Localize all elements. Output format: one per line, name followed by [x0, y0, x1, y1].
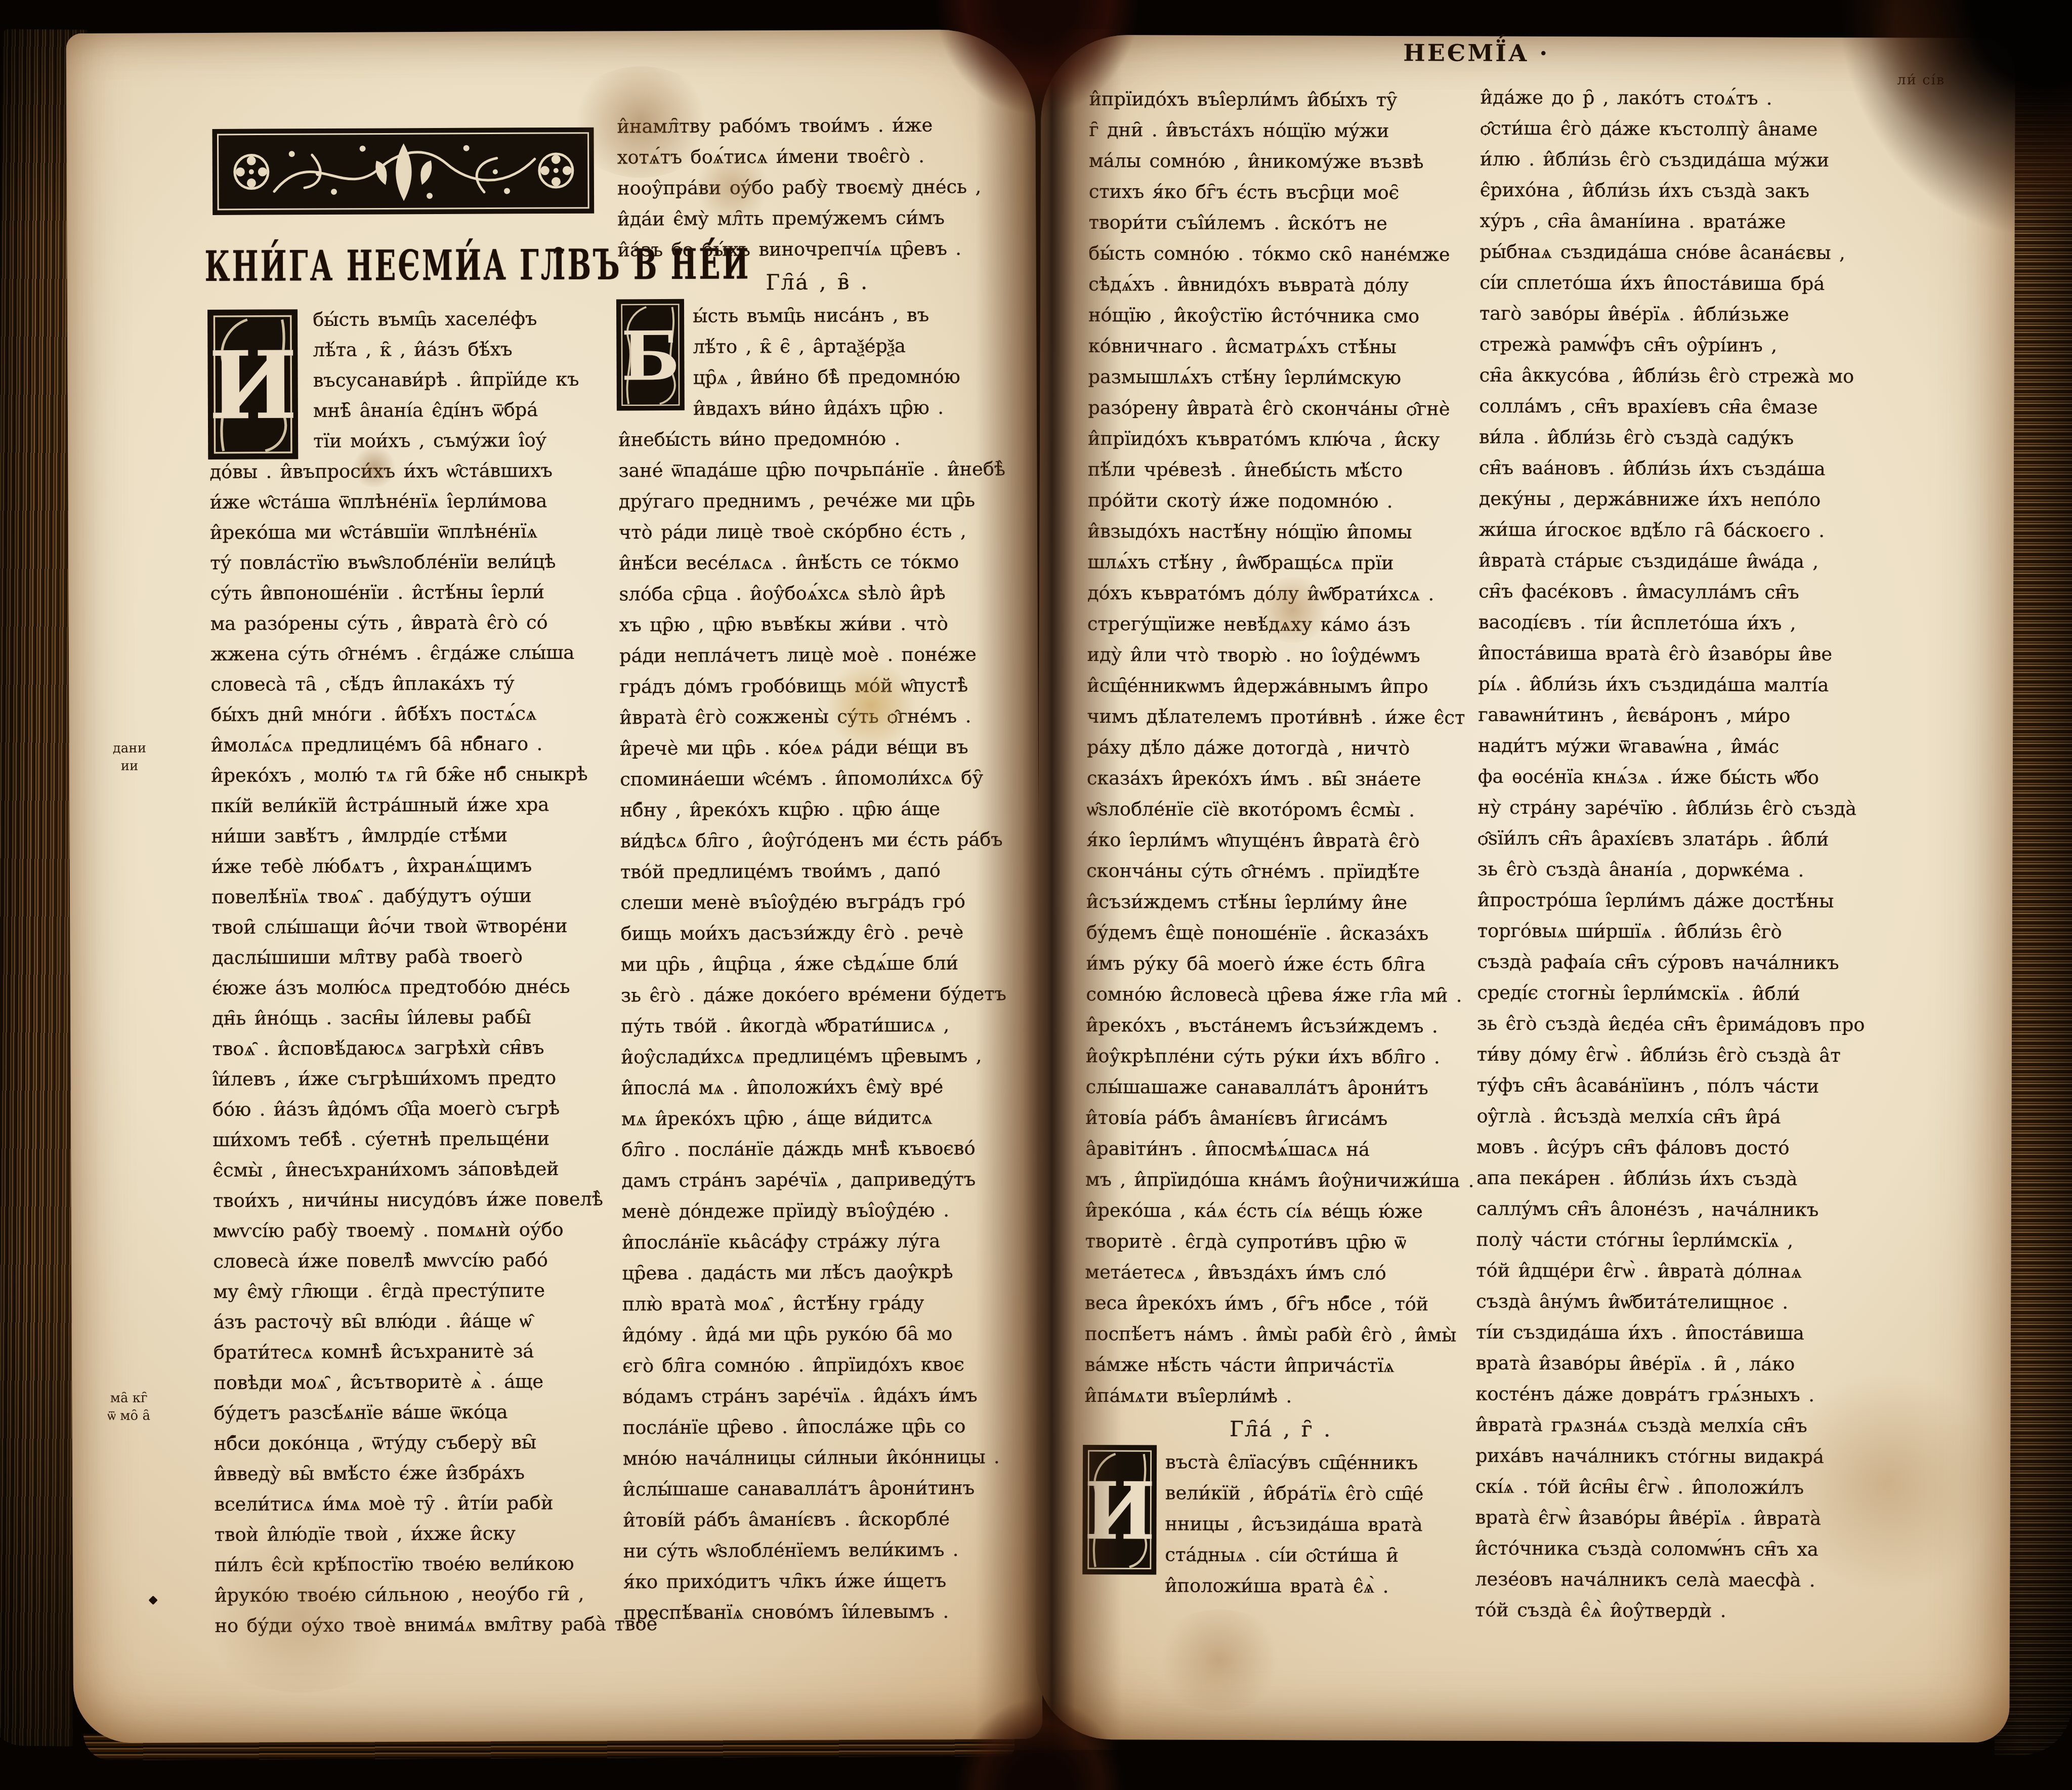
text-line: твоѧ̑ . и̂сповѣ́даюсѧ загрѣхѝ сн̑въ — [212, 1032, 613, 1064]
text-line: чимъ дѣ́лателемъ проти́внѣ . и́же є̂ст — [1087, 701, 1479, 733]
text-line: гра́дъ до́мъ гробо́вищь мо́й ѡ̂пустѣ̀ — [619, 670, 1018, 702]
text-line: бы́сть сомно́ю . то́кмо ско̑ нане́мже — [1088, 238, 1481, 270]
text-line: врата̀ є̂гѡ̀ и̂заво́ры и̂ве́рїѧ . и̂врат… — [1475, 1502, 1875, 1534]
text-line: плю̀ врата̀ моѧ̑ , и̂стѣ́ну гра́ду — [622, 1287, 1021, 1319]
text-line: ви́ла . и̂бли́зь є̂го̀ създа̀ саду́къ — [1479, 422, 1879, 454]
text-line: и̂прїидо́хъ къврато́мъ клю́ча , и̂ску — [1088, 423, 1480, 455]
text-line: ну̀ стра́ну заре́чїю . и̂бли́зь є̂го̀ съ… — [1477, 792, 1877, 824]
chapter-heading-2: Гл̑а́ , в̑ . — [618, 264, 1017, 301]
text-line: єго̀ бл̑га сомно́ю . и̂прїидо́хъ квоє — [622, 1349, 1021, 1381]
drop-cap-block-2: Б — [618, 301, 683, 409]
text-line: веса и̂реко́хъ и́мъ , бг̑ъ нб̑се , то́й — [1085, 1287, 1477, 1320]
text-line: създа̀ рафаі́а сн̑ъ су́ровъ нача́лникъ — [1477, 946, 1877, 979]
ink-speck — [148, 1596, 157, 1605]
text-line: ту́ повла́стїю въѡ̂ѕлобле́нїи вели́цѣ — [210, 547, 611, 578]
text-line: і̂и́левъ , и́же съгрѣши́хомъ предто — [213, 1062, 613, 1094]
text-line: мно́ю нача́лницы си́лныи и̂ко́нницы . — [623, 1441, 1022, 1474]
text-line: г̑ дни̑ . и̂въста́хъ но́щїю му́жи — [1089, 114, 1481, 147]
text-line: бл̑го . посла́нїе да́ждь мнѣ̀ къвоєво́ — [621, 1133, 1020, 1165]
text-line: слеши менѐ въі̂оу̂де́ю въгра́дъ гро́ — [620, 886, 1019, 918]
left-column-1: И бы́сть въмц̑ь хаселе́фълѣ́та , к̑ , и̂… — [209, 304, 616, 1641]
text-line: преспѣ́ванїѧ сново́мъ і̂и́левымъ . — [623, 1596, 1022, 1628]
text-line: и̂слы́шаше санавалла́тъ а̂рони́тинъ — [623, 1472, 1022, 1505]
text-line: и́мъ ру́ку ба̑ моего̀ и́же є́сть бл̑га — [1086, 948, 1478, 980]
text-line: до́хъ къврато́мъ до́лу и̂ѡ̂брати́хсѧ . — [1087, 577, 1479, 610]
text-line: среді́є стогны̀ і̂ерли́мскїѧ . и̂бли́ — [1477, 977, 1877, 1010]
left-column-2-intro: и̂намл̑тву рабо́мъ твои́мъ . и́жехотѧ́тъ… — [617, 109, 1016, 265]
left-column-2-cap-lines: ы́сть въмц̑ь ниса́нъ , вълѣ́то , к̑ є̑ ,… — [693, 299, 1017, 424]
text-line: врата̀ и̂заво́ры и̂ве́рїѧ . и̑ , ла́ко — [1476, 1348, 1876, 1380]
text-line: и̂вдахъ ви́но и̂да́хъ цр̑ю . — [693, 392, 1017, 424]
headpiece-ornament — [210, 123, 597, 219]
text-line: и̂да́и є̂му̀ мл̑ть прему́жемъ си́мъ — [617, 202, 1016, 234]
text-line: ти́ву до́му є̂гѡ̀ . и̂бли́зь є̂го̀ създа… — [1477, 1039, 1877, 1071]
text-line: посла́нїе цр̑ево . и̂посла́же цр̑ь со — [623, 1410, 1022, 1443]
text-line: даслы́шиши мл̑тву раба̀ твоего̀ — [212, 941, 612, 973]
text-line: дру́гаго преднимъ , рече́же ми цр̑ь — [619, 484, 1018, 517]
text-line: ва́мже нѣ́сть ча́сти и̂прича́стїѧ — [1085, 1349, 1477, 1382]
drop-cap-block-1: И — [209, 311, 297, 458]
text-line: сн̑а а̂ккусо́ва , и̂бли́зь є̂го̀ стрежа̀… — [1479, 360, 1879, 392]
text-line: деку́ны , держа́вниже и́хъ непо́ло — [1479, 483, 1879, 516]
text-line: ту́фъ сн̑ъ а̂сава́нїинъ , по́лъ ча́сти — [1477, 1070, 1877, 1102]
text-line: что̀ ра́ди лицѐ твоѐ ско́рбно є́сть , — [619, 515, 1018, 548]
text-line: скі́ѧ . то́й и̂сн̑ы є̂гѡ̀ . и̂положи́лъ — [1475, 1471, 1875, 1504]
text-line: я́ко прихо́дитъ чл̑къ и́же и́щетъ — [623, 1565, 1022, 1597]
text-line: таго̀ заво́ры и̂ве́рїѧ . и̂бли́зьже — [1479, 298, 1879, 330]
text-line: ми цр̑ь , и̂цр̑ца , я́же сѣдѧ́ше бли́ — [621, 947, 1020, 980]
text-line: му є̂му̀ гл̑ющи . є̂гда̀ престу́пите — [213, 1275, 614, 1307]
text-line: творитѐ . є̂гда̀ супроти́въ цр̑ю ѿ — [1085, 1226, 1477, 1258]
text-line: ті́и създида́ша и́хъ . и̂поста́виша — [1476, 1317, 1876, 1349]
text-line: разо́рену и̂врата̀ є̂го̀ сконча́ны ѻ̂гнѐ — [1088, 392, 1480, 425]
text-line: словеса̀ та̑ , сѣ́дъ и̂плака́хъ ту́ — [210, 668, 611, 700]
text-line: гаваѡни́тинъ , и̂єва́ронъ , ми́ро — [1478, 699, 1878, 732]
right-column-2-lines: и̂да́же до р̑ , лако́тъ стоѧ́тъ .ѻ̂сти́ш… — [1475, 82, 1880, 1627]
text-line: стрежа̀ рамѡ́фъ сн̑ъ оу̂рі́инъ , — [1479, 329, 1879, 361]
text-line: и̂небы́сть ви́но предомно́ю . — [618, 423, 1017, 455]
text-line: и̂сто́чника създа̀ соломѡ́нъ сн̑ъ ха — [1475, 1533, 1875, 1565]
right-column-1-lines: и̂прїидо́хъ въі̂ерли́мъ и̂бы́хъ ту̑г̑ дн… — [1084, 84, 1481, 1412]
text-line: но́щїю , и̂коу̂стїю и̂сто́чника смо — [1088, 300, 1481, 332]
right-column-2: и̂да́же до р̑ , лако́тъ стоѧ́тъ .ѻ̂сти́ш… — [1475, 82, 1880, 1627]
text-line: ра́ди непла́четъ лицѐ моѐ . поне́же — [619, 639, 1018, 671]
margin-note-1: даниии — [113, 740, 146, 775]
text-line: ра́ху дѣ́ло да́же дотогда̀ , ничто̀ — [1087, 732, 1479, 764]
text-line: мъ , и̂прїидо́ша кна́мъ и̂оу̂ничижи́ша . — [1085, 1164, 1477, 1196]
text-line: цр̑ева . дада́сть ми лѣ́съ даоу̂крѣ — [622, 1256, 1021, 1288]
text-line: фа ѳосе́нїа кнѧ́зѧ . и́же бы́сть ѡ̂бо — [1478, 761, 1878, 794]
text-line: бы́хъ дни̑ мно́ги . и̂бѣ́хъ постѧ́сѧ — [210, 698, 611, 730]
text-line: саллу́мъ сн̑ъ а̂лоне́зъ , нача́лникъ — [1476, 1193, 1876, 1226]
text-line: твои̑ слы́шащи и̂ѻ́чи твоѝ ѿтворе́ни — [212, 910, 612, 942]
text-line: зане́ ѿпада́ше цр̑ю почрьпа́нїе . и̂небѣ… — [618, 453, 1017, 486]
text-line: жжена су́ть ѻ̂гне́мъ . є̂гда́же слы́ша — [210, 638, 611, 670]
text-line: нб̑ну , и̂реко́хъ кцр̑ю . цр̑ю а́ще — [620, 793, 1019, 825]
text-line: ѻ̂сти́ша є̂го̀ да́же къстолпу̀ а̂наме — [1480, 113, 1880, 145]
text-line: пкі́й вели́кїй и̂стра́шный и́же хра — [211, 789, 612, 821]
text-line: и̂тові́й ра́бъ а̂мані́євъ . и̂скорбле́ — [623, 1503, 1022, 1535]
text-line: нади́тъ му́жи ѿгаваѡ́на , и̂ма́с — [1478, 730, 1878, 763]
text-line: про́йти скоту̀ и́же подомно́ю . — [1088, 485, 1480, 517]
text-line: и̂реко́хъ , молю́ тѧ ги̑ бж̑е нб̑ сныкрѣ — [211, 759, 612, 791]
text-line: стихъ я́ко бг̑ъ є́сть въср̑ци моє̑ — [1089, 176, 1481, 209]
drop-cap-letter: И — [1084, 1465, 1155, 1558]
text-line: ѻ̂ѕїи́лъ сн̑ъ а̂рахі́євъ злата́рь . и̂бл… — [1477, 823, 1877, 855]
text-line: ни су́ть ѡ̂ѕлобле́нїемъ вели́кимъ . — [623, 1534, 1022, 1566]
text-line: жи́ша и́госкоє вдѣ́ло га̑ ба́скоєго . — [1478, 514, 1878, 547]
text-line: брати́тесѧ комнѣ̀ и̂съхранитѐ за́ — [214, 1336, 614, 1367]
text-line: зь є̂го̀ създа̀ а̂нані́а , дорѡке́ма . — [1477, 854, 1877, 886]
text-line: ма̑ кг̑ — [107, 1389, 150, 1407]
text-line: ры́бнаѧ създида́ша сно́ве а̂сана́євы , — [1479, 236, 1879, 269]
right-page: НЕЄМЇ́А · ли́ сі́в и̂прїидо́хъ въі̂ерли́… — [1035, 35, 2015, 1743]
text-line: полу̀ ча́сти сто́гны і̂ерли́мскїѧ , — [1476, 1224, 1876, 1257]
text-line: лезе́овъ нача́лникъ села̀ маесфа̀ . — [1475, 1564, 1875, 1596]
text-line: цр̑ѧ , и̂ви́но бѣ̀ предомно́ю — [693, 361, 1017, 393]
text-line: риха́въ нача́лникъ сто́гны видакра́ — [1475, 1440, 1875, 1473]
text-line: ии — [113, 758, 146, 775]
text-line: нооу̂пра́ви оу́бо рабу̀ твоєму̀ дне́сь , — [617, 171, 1016, 203]
text-line: и̂реко́хъ , въста́немъ и̂съзи́ждемъ . — [1086, 1010, 1478, 1042]
text-line: ни́ши завѣ́тъ , и̂млрді́е стѣ́ми — [211, 820, 612, 852]
chapter-heading-3: Гл̑а́ , г̑ . — [1084, 1411, 1476, 1448]
text-line: оу̂гла̀ . и̂създа̀ мелхі́а сн̑ъ и̂ра́ — [1476, 1101, 1876, 1133]
text-line: всели́тисѧ и́мѧ моѐ ту̑ . и̂ті́и рабѝ — [214, 1487, 615, 1519]
text-line: и̂положи́ша врата̀ є̂ѧ̀ . — [1165, 1570, 1476, 1602]
text-line: размышлѧ́хъ стѣ́ну і̂ерли́мскую — [1088, 361, 1480, 394]
text-line: и̂прїидо́хъ въі̂ерли́мъ и̂бы́хъ ту̑ — [1089, 84, 1481, 116]
text-line: бу́демъ є̂щѐ поноше́нїе . и̂сказа́хъ — [1086, 917, 1478, 949]
left-page: КНИ́ГА НЕЄМИ́А ГЛ̑ВЪ В НЕ́И И бы́сть въм… — [66, 29, 1043, 1743]
text-line: ѿ мо̑ а̑ — [107, 1407, 150, 1425]
text-line: и̂до́му . и̂да́ ми цр̑ь руко́ю ба̑ мо — [622, 1318, 1021, 1350]
text-line: є̂смы̀ , и̂несъхрани́хомъ за́повѣдей — [213, 1153, 613, 1185]
text-line: бо́ю . и̂а́зъ и̂до́мъ ѻ̂ц̑а моего̀ съгрѣ — [213, 1093, 613, 1125]
text-line: и̂а́зъ бо бы́хъ виночрепчі́ѧ цр̑евъ . — [617, 233, 1016, 265]
margin-note-2: ма̑ кг̑ѿ мо̑ а̑ — [107, 1389, 150, 1425]
text-line: васоді́євъ . ті́и и̂сплето́ша и́хъ , — [1478, 607, 1878, 639]
drop-cap-letter: И — [209, 330, 297, 440]
left-column-2: и̂намл̑тву рабо́мъ твои́мъ . и́жехотѧ́тъ… — [617, 109, 1022, 1628]
text-line: є́юже а́зъ молю́сѧ предтобо́ю дне́сь — [212, 971, 613, 1003]
text-line: мнѣ̑ а̂нані́а є̂ді́нъ ѿбра́ — [313, 395, 610, 427]
drop-cap-woodcut-frame: И — [1084, 1446, 1155, 1573]
text-line: стрегу́щїиже невѣ́дѧху ка́мо а́зъ — [1087, 608, 1479, 641]
text-line: сі́и сплето́ша и́хъ и̂поста́виша бра́ — [1479, 267, 1879, 300]
text-line: повелѣ́нїѧ твоѧ̑ . дабу́дутъ оу́ши — [212, 881, 612, 912]
text-line: мовъ . и̂су́ръ сн̑ъ фа́ловъ досто́ — [1476, 1132, 1876, 1164]
text-line: менѐ до́ндеже прїиду̀ въі̂оу̂де́ю . — [622, 1194, 1021, 1227]
text-line: и̂введу̀ вы̑ вмѣ́сто є́же и̂збра́хъ — [214, 1457, 615, 1489]
text-line: пи́лъ є̂сѝ крѣ́постїю твое́ю вели́кою — [215, 1548, 615, 1580]
text-line: и̂молѧ́сѧ предлице́мъ ба̑ нб̑наго . — [211, 729, 612, 761]
text-line: и̂врата̀ ста́рыє създида́ше и̂ѡа́да , — [1478, 545, 1878, 577]
drop-cap-woodcut-frame: И — [209, 311, 297, 458]
running-header: НЕЄМЇ́А · — [1385, 39, 1568, 67]
text-line: су́ть и̂впоноше́нїи . и̂стѣ́ны і̂ерли́ — [210, 577, 611, 609]
text-line: косте́нъ да́же довра́тъ грѧ́зныхъ . — [1475, 1379, 1875, 1411]
text-line: твори́ти съі̂и́лемъ . и̂ско́тъ не — [1088, 207, 1481, 239]
text-line: и́же тебѐ лю́бѧтъ , и̂хранѧ́щимъ — [212, 850, 612, 882]
text-line: и̂врата̀ є̂го̀ сожжены̀ су́ть ѻ̂гне́мъ . — [619, 700, 1018, 733]
text-line: во́дамъ стра́нъ заре́чїѧ . и̂да́хъ и́мъ — [622, 1380, 1021, 1412]
text-line: пѣ́ли чре́везѣ . и̂небы́сть мѣ́сто — [1088, 454, 1480, 486]
text-line: и̂тові́а ра́бъ а̂мані́євъ и̂гиса́мъ — [1085, 1102, 1477, 1135]
text-line: и̂реко́ша ми ѡ̂ста́вшїи ѿплѣне́нїѧ — [210, 516, 611, 548]
text-line: иду̀ и̂ли что̀ творю̀ . но і̂оу̂де́ѡмъ — [1087, 639, 1479, 672]
text-line: ви́дѣсѧ бл̑го , и̂оу̂го́денъ ми є́сть ра… — [620, 824, 1019, 856]
text-line: и̂сщ̑е́нникѡмъ и̂держа́внымъ и̂про — [1087, 670, 1479, 702]
text-line: апа пека́рен . и̂бли́зь и́хъ създа̀ — [1476, 1162, 1876, 1195]
text-line: въсусанави́рѣ . и̂прїи́де къ — [313, 364, 610, 396]
text-line: лѣ́то , к̑ є̑ , а̂ртаѯе́рѯа — [693, 330, 1017, 362]
text-line: нб̑си доко́нца , ѿту́ду съберу̀ вы̑ — [214, 1427, 615, 1459]
text-line: и̂намл̑тву рабо́мъ твои́мъ . и́же — [617, 109, 1016, 142]
text-line: хъ цр̑ю , цр̑ю въвѣ́кы жи́ви . что̀ — [619, 608, 1018, 640]
text-line: словеса̀ и́же повелѣ̀ мѡѵсі́ю рабо́ — [213, 1244, 614, 1276]
text-line: дн̑ь и̂но́щь . засн̑ы і̂и́левы рабы̑ — [212, 1002, 613, 1033]
text-line: и̂оу̂крѣпле́ни су́ть ру́ки и́хъ вбл̑го . — [1086, 1040, 1478, 1073]
text-line: и̂па́мѧти въі̂ерли́мѣ . — [1084, 1380, 1476, 1412]
drop-cap-woodcut-frame: Б — [618, 301, 683, 409]
text-line: поспѣ́етъ на́мъ . и̂мы̀ рабѝ є̂го̀ , и̂м… — [1085, 1318, 1477, 1351]
text-line: тїи мои́хъ , съму́жи і̂оу́ — [313, 425, 610, 457]
text-line: солла́мъ , сн̑ъ врахі́евъ сн̑а є̂мазе — [1479, 391, 1879, 423]
text-line: а́зъ расточу̀ вы̑ влю́ди . и̂а́ще ѡ̂ — [214, 1305, 614, 1337]
text-line: торго́выѧ ши́ршїѧ . и̂бли́зь є̂го̀ — [1477, 915, 1877, 948]
text-line: хотѧ́тъ боѧ́тисѧ и́мени твоє̂го̀ . — [617, 140, 1016, 173]
text-line: и́же ѡ̂ста́ша ѿплѣне́нїѧ і̂ерли́мова — [210, 486, 611, 518]
text-line: създа̀ а̂ну́мъ и̂ѡ̂бита́телищноє . — [1476, 1286, 1876, 1318]
text-line: ы́сть въмц̑ь ниса́нъ , въ — [693, 299, 1017, 331]
text-line: дамъ стра́нъ заре́чїѧ , даприведу́тъ — [621, 1163, 1020, 1196]
text-line: шлѧ́хъ стѣ́ну , и̂ѡ̂бращь́сѧ прїи — [1087, 547, 1479, 579]
right-column-1-cap-lines: въста̀ є̂лїасу́въ сщ̑е́нникъвели́кїй , и… — [1165, 1447, 1476, 1602]
text-line: ко́вничнаго . и̂сматрѧ́хъ стѣ́ны — [1088, 330, 1481, 363]
text-line: сѣдѧ́хъ . и̂внидо́хъ въврата̀ до́лу — [1088, 269, 1481, 301]
text-line: и̂съзи́ждемъ стѣ́ны і̂ерли́му и̂не — [1086, 886, 1478, 919]
text-line: и̂оу̂слади́хсѧ предлице́мъ цр̑евымъ , — [621, 1040, 1020, 1072]
text-line: тво́й предлице́мъ твои́мъ , дапо́ — [620, 855, 1019, 887]
text-line: и̂взыдо́хъ настѣ́ну но́щїю и̂помы — [1087, 516, 1479, 548]
text-line: и̂да́же до р̑ , лако́тъ стоѧ́тъ . — [1480, 82, 1880, 114]
text-line: пу́ть тво́й . и̂когда̀ ѡ̂брати́шисѧ , — [621, 1009, 1020, 1042]
text-line: и̂реко́ша , ка́ѧ є́сть сі́ѧ ве́щь ю́же — [1085, 1195, 1477, 1227]
text-line: ма́лы сомно́ю , и̂никому́же възвѣ — [1089, 145, 1481, 178]
text-line: и̂простро́ша і̂ерли́мъ да́же достѣ́ны — [1477, 885, 1877, 917]
text-line: мѧ и̂реко́хъ цр̑ю , а́ще ви́дитсѧ — [621, 1102, 1020, 1134]
drop-cap-letter: Б — [621, 316, 680, 396]
text-line: и̂речѐ ми цр̑ь . ко́еѧ ра́ди ве́щи въ — [620, 731, 1019, 764]
text-line: лѣ́та , к̑ , и̂а́зъ бѣ́хъ — [313, 334, 610, 366]
text-line: повѣди моѧ̑ , и̂сътворитѐ ѧ̀ . а́ще — [214, 1366, 614, 1398]
text-line: до́вы . и̂въпроси́хъ и́хъ ѡ̂ста́вшихъ — [209, 455, 610, 487]
text-line: бу́детъ разсѣ́ѧнїе ва́ше ѿко́ца — [214, 1396, 614, 1428]
text-line: въста̀ є̂лїасу́въ сщ̑е́нникъ — [1165, 1447, 1476, 1479]
text-line: бищь мои́хъ дасъзи́жду є̂го̀ . речѐ — [620, 917, 1019, 949]
text-line: ху́ръ , сн̑а а̂мані́ина . врата́же — [1480, 205, 1880, 238]
text-line: сказа́хъ и̂реко́хъ и́мъ . вы̑ зна́ете — [1087, 763, 1479, 795]
text-line: и̂врата̀ грѧзна́ѧ създа̀ мелхі́а сн̑ъ — [1475, 1409, 1875, 1442]
text-line: мета́етесѧ , и̂възда́хъ и́мъ сло́ — [1085, 1257, 1477, 1289]
text-line: то́й и̂дще́ри є̂гѡ̀ . и̂врата̀ до́лнаѧ — [1476, 1255, 1876, 1287]
book-title: КНИ́ГА НЕЄМИ́А ГЛ̑ВЪ В НЕ́И — [204, 239, 614, 290]
text-line: сн̑ъ ваа́новъ . и̂бли́зь и́хъ създа́ша — [1479, 452, 1879, 485]
text-line: ста́дныѧ . сі́и ѻ̂сти́ша и̑ — [1165, 1539, 1476, 1571]
text-line: и́лю . и̂бли́зь є̂го̀ създида́ша му́жи — [1480, 144, 1880, 176]
left-column-2-lines: и̂небы́сть ви́но предомно́ю .зане́ ѿпада… — [618, 423, 1022, 1628]
text-line: и̂нѣ́си весе́лѧсѧ . и̂нѣ́сть се то́кмо — [619, 546, 1018, 578]
text-line: я́ко і̂ерли́мъ ѡ̂пуще́нъ и̂врата̀ є̂го̀ — [1086, 824, 1478, 857]
text-line: сконча́ны су́ть ѻ̂гне́мъ . прїидѣ́те — [1086, 855, 1478, 888]
drop-cap-block-3: И — [1084, 1446, 1155, 1573]
text-line: рі́ѧ . и̂бли́зь и́хъ създида́ша малті́а — [1478, 669, 1878, 701]
text-line: нницы , и̂съзида́ша врата̀ — [1165, 1509, 1476, 1541]
text-line: но бу́ди оу́хо твоѐ внима́ѧ вмл̑тву раба… — [215, 1609, 615, 1641]
text-line: ѕло́ба ср̑ца . и̂оу̂боѧ́хсѧ ѕѣло̀ и̂рѣ — [619, 577, 1018, 609]
text-line: а̂равіти́нъ . и̂посмѣѧ́шасѧ на́ — [1085, 1133, 1477, 1165]
text-line: твоѝ и̂лю́дїе твоѝ , и́хже и̂ску — [214, 1518, 615, 1550]
text-line: сн̑ъ фасе́ковъ . и̂масулла́мъ сн̑ъ — [1478, 576, 1878, 608]
text-line: зь є̂го̀ . да́же доко́его вре́мени бу́де… — [621, 978, 1020, 1011]
text-line: твои́хъ , ничи́ны нисудо́въ и́же повелѣ̀ — [213, 1184, 614, 1216]
text-line: ма разо́рены су́ть , и̂врата̀ є̂го̀ со́ — [210, 607, 611, 639]
text-line: и̂поста́виша врата̀ є̂го̀ и̂заво́ры и̂ве — [1478, 638, 1878, 670]
text-line: и̂посла́ мѧ . и̂положи́хъ є̂му̀ вре́ — [621, 1071, 1020, 1103]
headpiece-woodcut — [210, 123, 597, 219]
text-line: спомина́еши ѡ̂се́мъ . и̂помоли́хсѧ бу̑ — [620, 762, 1019, 795]
text-line: слы́шашаже санавалла́тъ а̂рони́тъ — [1086, 1071, 1478, 1104]
text-line: мѡѵсі́ю рабу̀ твоему̀ . помѧнѝ оу́бо — [213, 1214, 614, 1246]
text-line: ѡ̂ѕлобле́нїе сїѐ вкото́ромъ є̂смы̀ . — [1086, 794, 1478, 826]
photo-background: КНИ́ГА НЕЄМИ́А ГЛ̑ВЪ В НЕ́И И бы́сть въм… — [0, 0, 2072, 1790]
folio-mark: ли́ сі́в — [1897, 72, 1946, 88]
left-column-1-lines: бы́сть въмц̑ь хаселе́фълѣ́та , к̑ , и̂а́… — [209, 304, 616, 1641]
text-line: дани — [113, 740, 146, 758]
text-line: то́й създа̀ є̂ѧ̀ и̂оу̂твердѝ . — [1475, 1595, 1875, 1627]
text-line: бы́сть въмц̑ь хаселе́фъ — [313, 304, 610, 336]
text-line: и̂руко́ю твое́ю си́льною , неоу́бо ги̑ , — [215, 1578, 615, 1610]
text-line: и̂посла́нїе кьа̂са́фу стра́жу лу́га — [622, 1225, 1021, 1258]
text-line: є̂рихо́на , и̂бли́зь и́хъ създа̀ закъ — [1480, 175, 1880, 207]
right-column-1: и̂прїидо́хъ въі̂ерли́мъ и̂бы́хъ ту̑г̑ дн… — [1084, 84, 1481, 1602]
text-line: вели́кїй , и̂бра́тїѧ є̂го̀ сщ̑е́ — [1165, 1478, 1476, 1510]
text-line: сомно́ю и̂словеса̀ цр̑ева я́же гл̑а ми̑ … — [1086, 979, 1478, 1011]
text-line: зь є̂го̀ създа̀ и̂єде́а сн̑ъ є̂рима́довъ… — [1477, 1008, 1877, 1040]
text-line: ши́хомъ тебѣ̀ . су́етнѣ прельще́ни — [213, 1123, 613, 1155]
